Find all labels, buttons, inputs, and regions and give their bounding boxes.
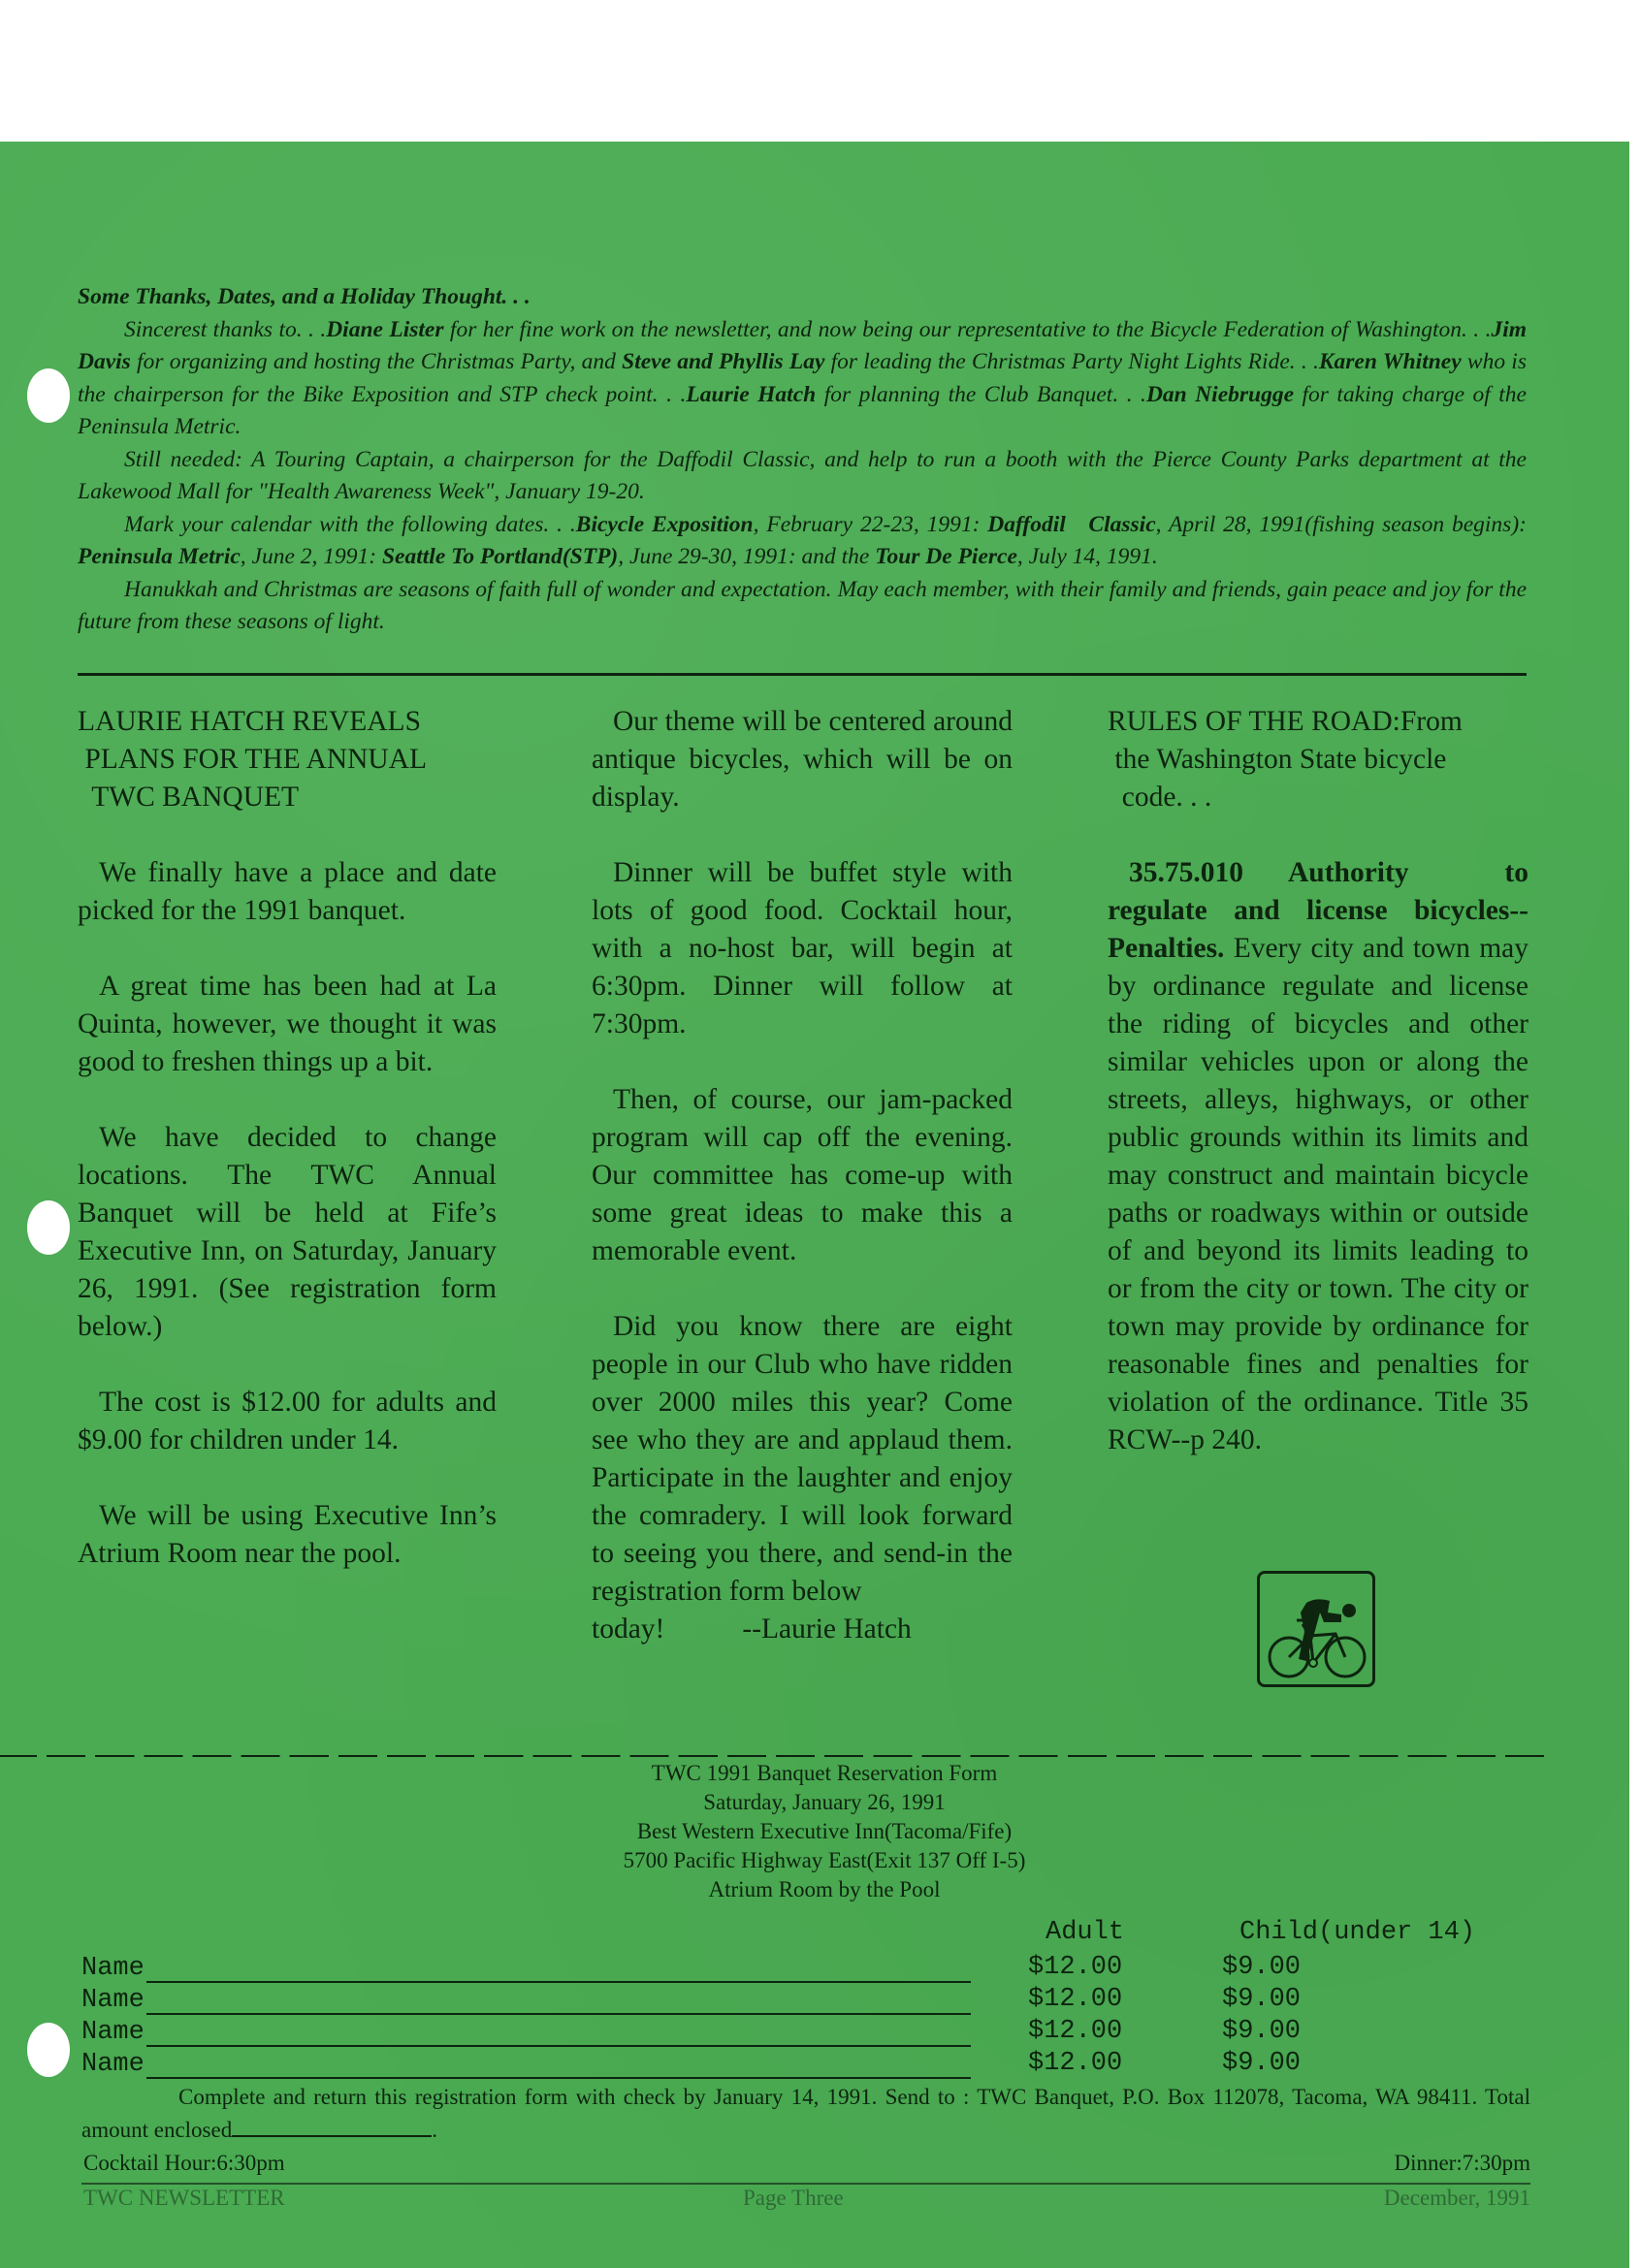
name-label: Name [81, 2050, 145, 2079]
event-name: Seattle To Portland(STP) [382, 544, 618, 569]
issue-date: December, 1991 [1384, 2186, 1530, 2211]
form-title: TWC 1991 Banquet Reservation Form [485, 1759, 1164, 1788]
name-field[interactable] [146, 2020, 971, 2047]
calendar-paragraph: Mark your calendar with the following da… [78, 509, 1527, 574]
calendar-intro: Mark your calendar with the following da… [124, 512, 576, 537]
banquet-article-col2: Our theme will be centered around antiqu… [592, 703, 1013, 1648]
headline-line: RULES OF THE ROAD:From [1108, 703, 1528, 741]
thanked-person: Dan Niebrugge [1146, 382, 1294, 407]
rules-of-road-column: RULES OF THE ROAD:From the Washington St… [1108, 703, 1528, 1497]
banquet-article-col1: LAURIE HATCH REVEALS PLANS FOR THE ANNUA… [78, 703, 497, 1611]
article-paragraph: Did you know there are eight people in o… [592, 1308, 1013, 1611]
article-paragraph: A great time has been had at La Quinta, … [78, 968, 497, 1081]
adult-price: $12.00 [1028, 1985, 1122, 2014]
author-signature: --Laurie Hatch [742, 1613, 911, 1645]
article-paragraph: We will be using Executive Inn’s Atrium … [78, 1497, 497, 1573]
punch-hole [27, 368, 70, 423]
name-field[interactable] [146, 2052, 971, 2079]
event-name: Daffodil Classic [987, 512, 1155, 537]
name-row: Name [81, 1983, 971, 2015]
event-name: Peninsula Metric [78, 544, 241, 569]
event-name: Tour De Pierce [875, 544, 1017, 569]
banquet-headline: LAURIE HATCH REVEALS PLANS FOR THE ANNUA… [78, 703, 497, 816]
child-price: $9.00 [1222, 2049, 1301, 2078]
event-date: , February 22-23, 1991: [754, 512, 988, 537]
child-column-header: Child(under 14) [1239, 1918, 1475, 1947]
cocktail-hour: Cocktail Hour:6:30pm [83, 2151, 285, 2176]
holiday-paragraph: Hanukkah and Christmas are seasons of fa… [78, 574, 1527, 639]
thanked-person: Karen Whitney [1319, 349, 1462, 374]
event-name: Bicycle Exposition [576, 512, 754, 537]
rules-body: 35.75.010Authority to regulate and licen… [1108, 854, 1528, 1459]
event-date: , April 28, 1991(fishing season begins): [1156, 512, 1527, 537]
headline-line: the Washington State bicycle [1108, 741, 1528, 779]
event-date: , June 29-30, 1991: and the [618, 544, 875, 569]
name-row: Name [81, 2015, 971, 2047]
instructions-end: . [432, 2118, 437, 2142]
newsletter-name: TWC NEWSLETTER [83, 2186, 285, 2211]
form-date: Saturday, January 26, 1991 [485, 1788, 1164, 1817]
headline-line: LAURIE HATCH REVEALS [78, 703, 497, 741]
headline-line: TWC BANQUET [78, 779, 497, 816]
total-amount-field[interactable] [232, 2116, 432, 2137]
section-body: Every city and town may by ordinance reg… [1108, 933, 1528, 1455]
section-divider [78, 673, 1527, 676]
form-instructions: Complete and return this registration fo… [81, 2081, 1530, 2147]
event-date: , June 2, 1991: [241, 544, 382, 569]
name-row: Name [81, 2047, 971, 2079]
adult-price: $12.00 [1028, 1953, 1122, 1982]
form-venue: Best Western Executive Inn(Tacoma/Fife) [485, 1817, 1164, 1846]
headline-line: PLANS FOR THE ANNUAL [78, 741, 497, 779]
page-number: Page Three [743, 2186, 844, 2211]
section-number: 35.75.010 [1129, 857, 1243, 888]
article-closing: today!--Laurie Hatch [592, 1611, 1013, 1648]
thanked-person: Steve and Phyllis Lay [622, 349, 824, 374]
article-paragraph: Then, of course, our jam-packed program … [592, 1081, 1013, 1270]
thanks-text: for organizing and hosting the Christmas… [131, 349, 622, 374]
thanks-paragraph: Sincerest thanks to. . .Diane Lister for… [78, 314, 1527, 444]
form-address: 5700 Pacific Highway East(Exit 137 Off I… [485, 1846, 1164, 1875]
form-room: Atrium Room by the Pool [485, 1875, 1164, 1904]
cyclist-icon [1257, 1571, 1375, 1687]
child-price: $9.00 [1222, 2017, 1301, 2046]
thanked-person: Laurie Hatch [686, 382, 816, 407]
event-date: , July 14, 1991. [1017, 544, 1158, 569]
name-field[interactable] [146, 1988, 971, 2015]
dinner-time: Dinner:7:30pm [1394, 2151, 1530, 2176]
adult-price: $12.00 [1028, 2049, 1122, 2078]
thanked-person: Diane Lister [326, 317, 443, 342]
thanks-intro: Sincerest thanks to. . . [124, 317, 326, 342]
thanks-text: for planning the Club Banquet. . . [816, 382, 1146, 407]
thanks-text: for her fine work on the newsletter, and… [444, 317, 1492, 342]
article-paragraph: We finally have a place and date picked … [78, 854, 497, 930]
name-label: Name [81, 1986, 145, 2015]
article-paragraph: Dinner will be buffet style with lots of… [592, 854, 1013, 1043]
adult-price: $12.00 [1028, 2017, 1122, 2046]
footer-divider [81, 2183, 1530, 2185]
adult-column-header: Adult [1046, 1918, 1124, 1947]
article-paragraph: The cost is $12.00 for adults and $9.00 … [78, 1384, 497, 1459]
closing-text: today! [592, 1613, 664, 1645]
punch-hole [27, 1200, 70, 1255]
child-price: $9.00 [1222, 1985, 1301, 2014]
reservation-form-header: TWC 1991 Banquet Reservation Form Saturd… [485, 1759, 1164, 1904]
child-price: $9.00 [1222, 1953, 1301, 1982]
name-field[interactable] [146, 1956, 971, 1983]
cut-line [0, 1755, 1552, 1757]
name-label: Name [81, 2018, 145, 2047]
still-needed-paragraph: Still needed: A Touring Captain, a chair… [78, 444, 1527, 509]
punch-hole [27, 2023, 70, 2077]
article-paragraph: We have decided to change locations. The… [78, 1119, 497, 1346]
notes-heading: Some Thanks, Dates, and a Holiday Though… [78, 281, 1527, 314]
headline-line: code. . . [1108, 779, 1528, 816]
thanks-text: for leading the Christmas Party Night Li… [824, 349, 1318, 374]
name-label: Name [81, 1954, 145, 1983]
article-paragraph: Our theme will be centered around antiqu… [592, 703, 1013, 816]
rules-headline: RULES OF THE ROAD:From the Washington St… [1108, 703, 1528, 816]
thanks-dates-notes: Some Thanks, Dates, and a Holiday Though… [78, 281, 1527, 639]
name-row: Name [81, 1951, 971, 1983]
